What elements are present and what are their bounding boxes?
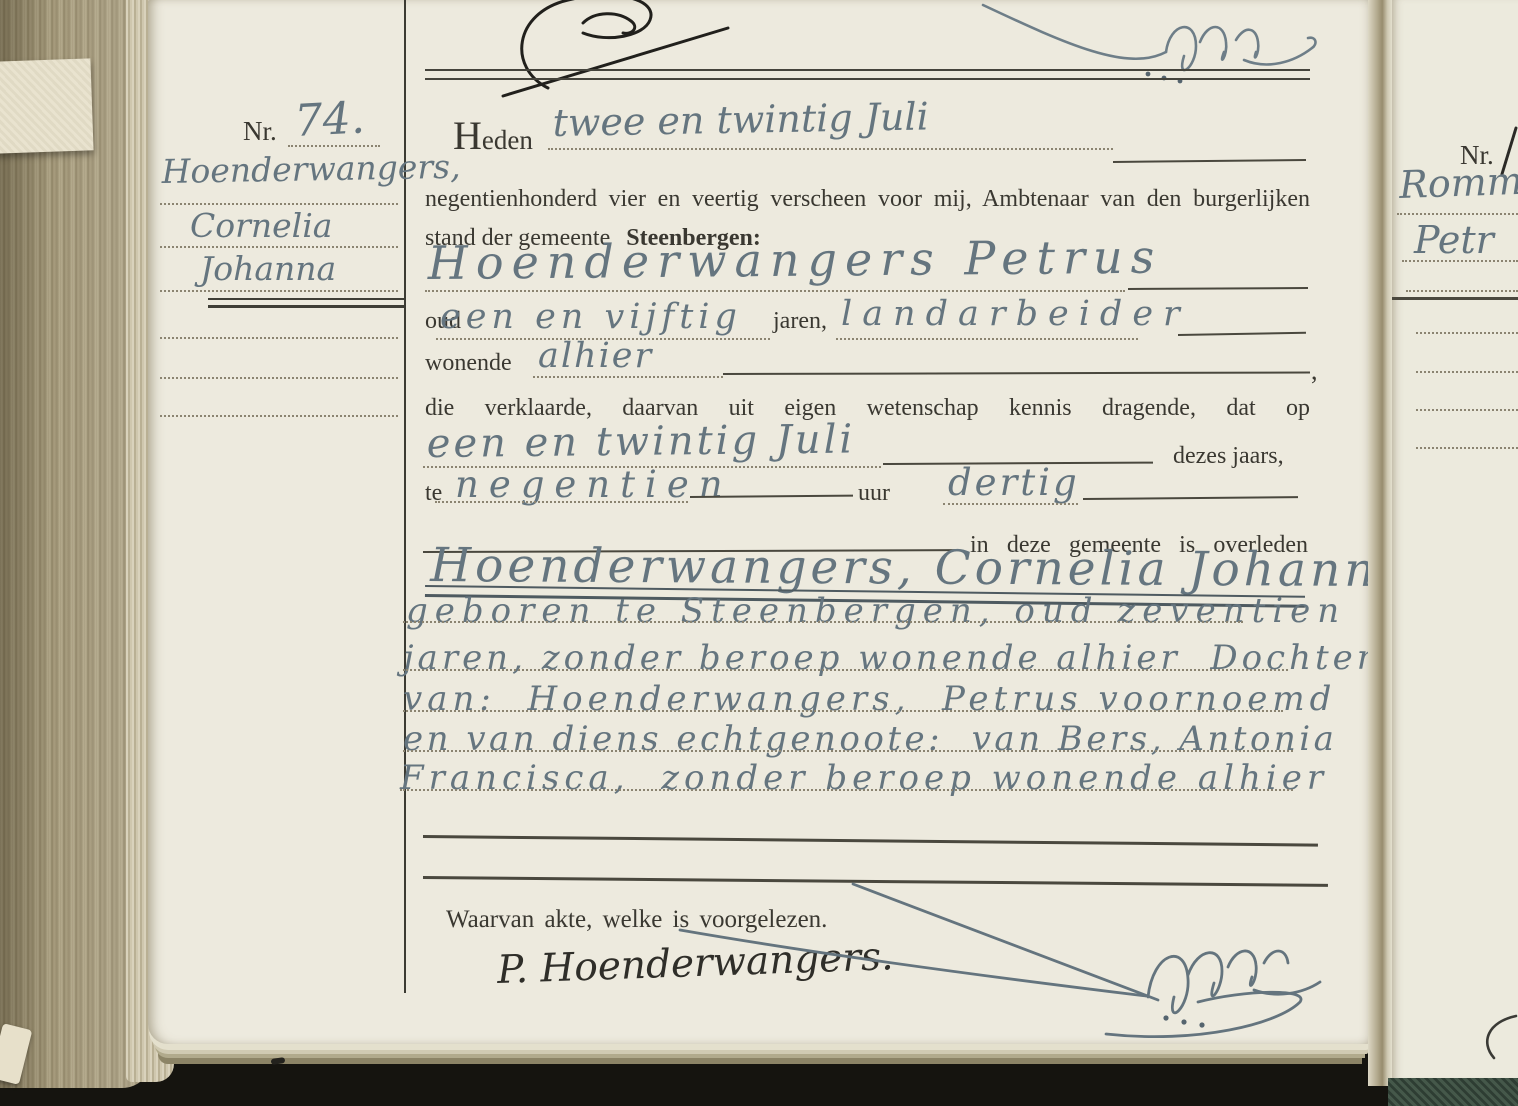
margin-nr-label: Nr. xyxy=(243,116,277,147)
register-book-scan: Nr. 74. Hoenderwangers, Cornelia Johanna xyxy=(0,0,1518,1106)
margin-empty-line xyxy=(160,415,398,417)
dezes-jaars-label: dezes jaars, xyxy=(1173,443,1284,470)
margin-empty-line xyxy=(160,337,398,339)
previous-act-signature-black xyxy=(498,0,733,103)
bookmark-ribbon xyxy=(0,58,94,153)
declarant-name-handwritten: Hoenderwangers Petrus xyxy=(428,230,1163,290)
next-margin-surname-fragment: Romm xyxy=(1398,159,1518,207)
detail-fill-line xyxy=(403,710,1283,712)
occupation-fill-line xyxy=(836,338,1138,340)
date-fill-line xyxy=(548,148,1113,150)
registrar-signature xyxy=(678,882,1328,1047)
jaren-label: jaren, xyxy=(773,308,827,335)
minute-fill-line xyxy=(943,503,1078,505)
previous-act-signature-registrar xyxy=(978,0,1318,95)
next-closing-rule xyxy=(1392,297,1518,300)
minute-strike-line xyxy=(1083,496,1298,500)
death-minute-handwritten: dertig xyxy=(948,461,1080,504)
page-edge-speck xyxy=(271,1057,286,1065)
act-date-handwritten: twee en twintig Juli xyxy=(552,94,929,145)
date-strike-line xyxy=(1113,159,1306,163)
wonende-label: wonende xyxy=(425,350,512,377)
margin-deceased-firstname: Cornelia xyxy=(190,206,332,245)
death-record-page: Nr. 74. Hoenderwangers, Cornelia Johanna xyxy=(148,0,1372,1044)
next-dotted-line xyxy=(1402,260,1518,262)
residence-fill-line xyxy=(533,376,723,378)
year-line: negentienhonderd vier en veertig versche… xyxy=(425,186,1310,213)
detail-fill-line xyxy=(403,750,1293,752)
heden-label: Heden xyxy=(453,112,533,159)
margin-nr-line xyxy=(288,145,380,147)
margin-closing-rule xyxy=(208,298,404,308)
hour-fill-line xyxy=(435,501,688,503)
declarant-strike-line xyxy=(1128,287,1308,290)
act-separator-rule xyxy=(425,69,1310,80)
page-gutter xyxy=(1368,0,1394,1086)
residence-strike-line xyxy=(723,371,1310,375)
declarant-residence-handwritten: alhier xyxy=(538,336,653,376)
closing-rule-1 xyxy=(423,835,1318,846)
uur-label: uur xyxy=(858,480,890,507)
next-dotted-line xyxy=(1397,213,1518,215)
residence-comma: , xyxy=(1311,356,1318,386)
deceased-detail-line5: Francisca, zonder beroep wonende alhier xyxy=(400,758,1328,798)
death-hour-handwritten: negentien xyxy=(455,463,733,506)
next-empty-line xyxy=(1416,332,1518,334)
margin-deceased-surname: Hoenderwangers, xyxy=(161,147,461,191)
margin-nr-value: 74. xyxy=(293,92,366,147)
next-empty-line xyxy=(1416,371,1518,373)
margin-dotted-line xyxy=(160,290,398,292)
declaration-line: die verklaarde, daarvan uit eigen wetens… xyxy=(425,395,1310,422)
margin-empty-line xyxy=(160,377,398,379)
deceased-detail-line4: en van diens echtgenoote: van Bers, Anto… xyxy=(403,719,1337,759)
next-dotted-line xyxy=(1406,290,1518,292)
detail-fill-line xyxy=(400,789,1293,791)
declarant-fill-line xyxy=(425,290,1125,292)
declarant-occupation-handwritten: landarbeider xyxy=(841,294,1190,334)
next-margin-firstname-fragment: Petr xyxy=(1414,218,1494,262)
death-date-handwritten: een en twintig Juli xyxy=(427,417,856,467)
occupation-strike-line xyxy=(1178,332,1306,336)
deceased-detail-line3: van: Hoenderwangers, Petrus voornoemd xyxy=(403,679,1336,719)
next-empty-line xyxy=(1416,447,1518,449)
hour-strike-line xyxy=(690,495,853,498)
deceased-detail-line1: geboren te Steenbergen, oud zeventien xyxy=(406,591,1346,631)
next-page-signature-fragment xyxy=(1478,1012,1518,1064)
binding-cloth xyxy=(1388,1078,1518,1106)
next-empty-line xyxy=(1416,409,1518,411)
detail-fill-line xyxy=(403,669,1288,671)
margin-dotted-line xyxy=(160,203,398,205)
deceased-detail-line2: jaren, zonder beroep wonende alhier Doch… xyxy=(403,638,1377,678)
margin-dotted-line xyxy=(160,246,398,248)
next-record-page-edge: Nr. Romm Petr xyxy=(1392,0,1518,1080)
margin-deceased-middlename: Johanna xyxy=(200,249,336,288)
detail-fill-line xyxy=(403,621,1243,623)
declarant-age-handwritten: een en vijftig xyxy=(440,297,742,337)
